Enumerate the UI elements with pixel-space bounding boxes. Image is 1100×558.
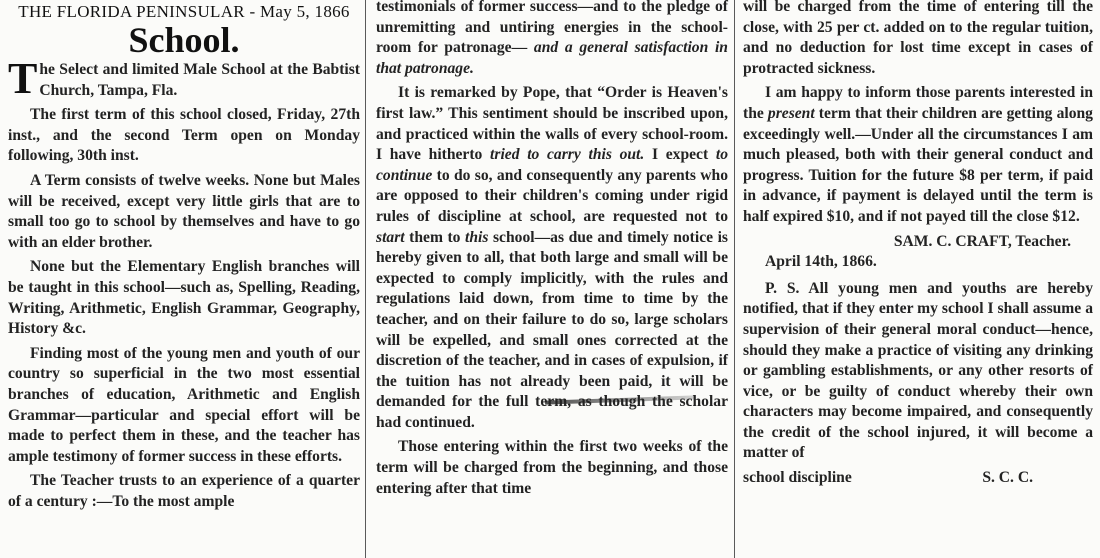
paragraph-experience: The Teacher trusts to an experience of a…: [8, 471, 360, 512]
column-1: THE FLORIDA PENINSULAR - May 5, 1866 Sch…: [8, 0, 360, 558]
column-2: testimonials of former success—and to th…: [376, 0, 728, 555]
initials: S. C. C.: [982, 468, 1033, 489]
headline: School.: [8, 22, 360, 58]
paragraph-tuition: I am happy to inform those parents inter…: [743, 83, 1093, 227]
drop-cap: T: [8, 60, 37, 98]
column-divider: [734, 0, 735, 558]
paragraph-testimonials: testimonials of former success—and to th…: [376, 0, 728, 79]
lead-paragraph: The Select and limited Male School at th…: [8, 60, 360, 101]
paragraph-admission: A Term consists of twelve weeks. None bu…: [8, 171, 360, 253]
newspaper-clipping: THE FLORIDA PENINSULAR - May 5, 1866 Sch…: [0, 0, 1100, 558]
column-3: will be charged from the time of enterin…: [743, 0, 1093, 555]
paragraph-subjects: None but the Elementary English branches…: [8, 257, 360, 339]
paragraph-entering: Those entering within the first two week…: [376, 437, 728, 499]
closing-text: school discipline: [743, 468, 852, 489]
masthead: THE FLORIDA PENINSULAR - May 5, 1866: [8, 2, 360, 22]
closing-line: school discipline S. C. C.: [743, 468, 1093, 489]
postscript: P. S. All young men and youths are hereb…: [743, 279, 1093, 464]
column-divider: [365, 0, 366, 558]
paragraph-emphasis: Finding most of the young men and youth …: [8, 344, 360, 468]
paragraph-charges: will be charged from the time of enterin…: [743, 0, 1093, 79]
date-line: April 14th, 1866.: [743, 252, 1093, 273]
signature: SAM. C. CRAFT, Teacher.: [743, 232, 1093, 253]
paragraph-term-dates: The first term of this school closed, Fr…: [8, 105, 360, 167]
paragraph-discipline: It is remarked by Pope, that “Order is H…: [376, 83, 728, 433]
